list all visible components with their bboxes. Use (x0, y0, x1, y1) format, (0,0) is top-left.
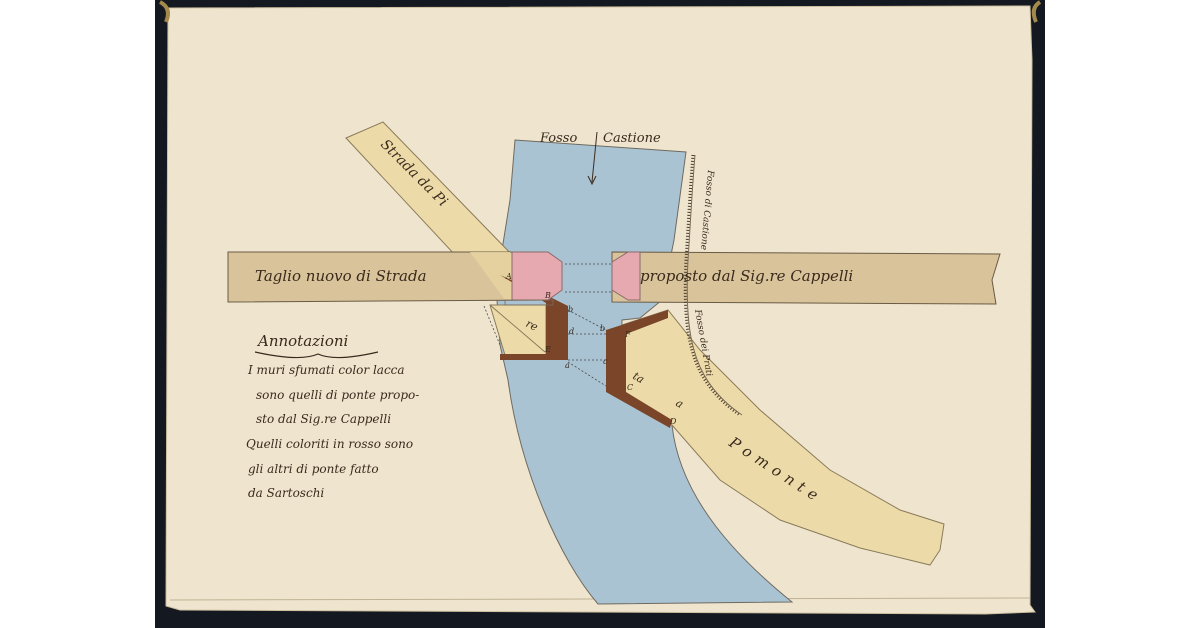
svg-text:b: b (600, 324, 605, 333)
svg-text:E: E (544, 345, 551, 354)
annotation-line-3: sto dal Sig.re Cappelli (256, 412, 391, 426)
map-sheet: Fosso Castione Strada da Pi re ta a Pomo… (0, 0, 1200, 628)
svg-text:F: F (624, 330, 631, 339)
annotation-line-1: I muri sfumati color lacca (247, 363, 405, 377)
svg-text:c: c (603, 357, 608, 366)
abutment-right-pink (612, 252, 640, 300)
annotation-line-2: sono quelli di ponte propo- (256, 388, 419, 402)
svg-text:b: b (568, 305, 573, 314)
svg-text:a: a (565, 361, 570, 370)
annotation-line-4: Quelli coloriti in rosso sono (246, 437, 413, 451)
svg-text:A: A (505, 272, 512, 281)
label-proposto-cappelli: proposto dal Sig.re Cappelli (640, 267, 853, 285)
label-taglio-nuovo: Taglio nuovo di Strada (255, 267, 427, 285)
label-castione: Castione (603, 131, 661, 146)
svg-text:B: B (544, 291, 551, 300)
svg-text:d: d (569, 327, 574, 336)
binding-ring-left (160, 2, 168, 22)
map-viewer: Fosso Castione Strada da Pi re ta a Pomo… (0, 0, 1200, 628)
svg-text:D: D (669, 417, 677, 426)
binding-ring-right (1034, 2, 1040, 22)
annotation-line-5: gli altri di ponte fatto (248, 462, 379, 476)
annotations-title: Annotazioni (256, 332, 349, 350)
abutment-left-pink (512, 252, 562, 300)
label-fosso: Fosso (539, 131, 577, 146)
annotation-line-6: da Sartoschi (248, 486, 324, 500)
svg-text:C: C (627, 383, 633, 392)
